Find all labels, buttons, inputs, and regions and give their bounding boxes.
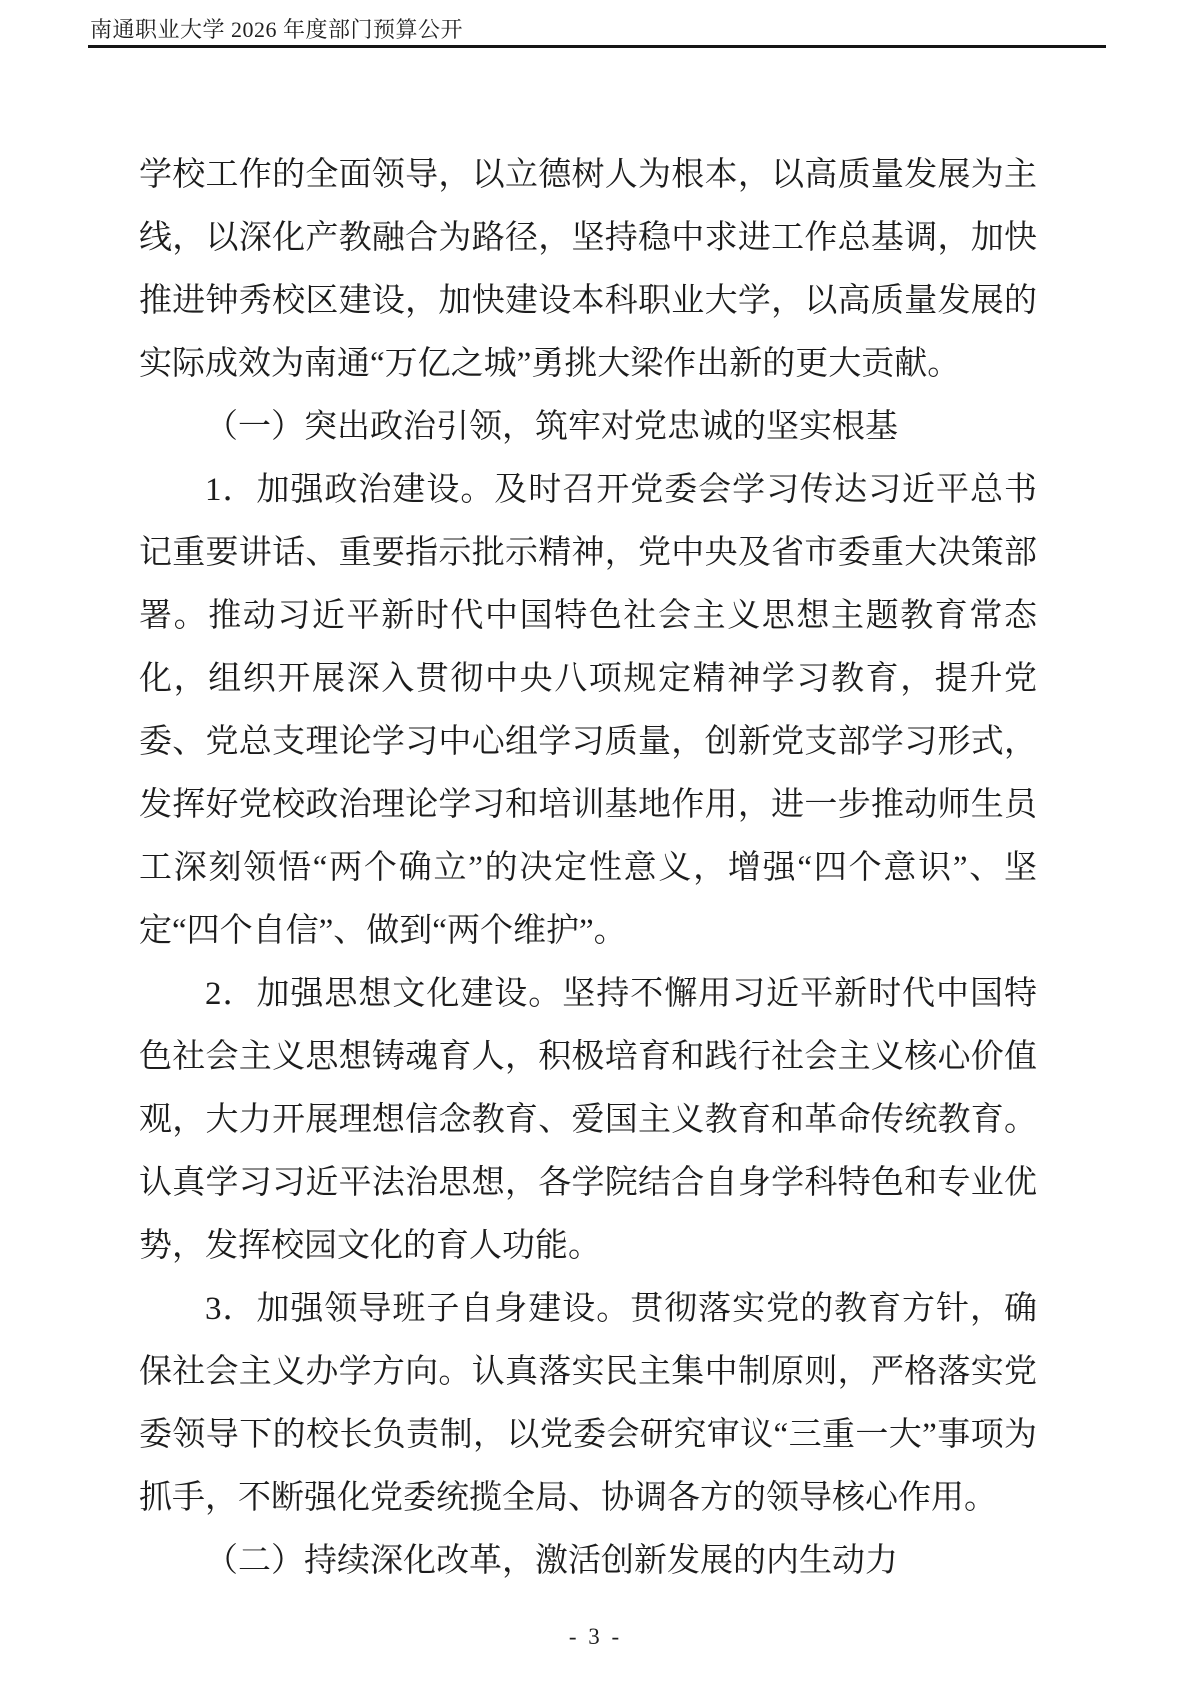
page-footer: - 3 - [0, 1624, 1191, 1650]
paragraph-section-heading-one: （一）突出政治引领，筑牢对党忠诚的坚实根基 [139, 396, 1037, 459]
paragraph-item-1: 1．加强政治建设。及时召开党委会学习传达习近平总书记重要讲话、重要指示批示精神，… [139, 459, 1037, 963]
paragraph-section-heading-two: （二）持续深化改革，激活创新发展的内生动力 [139, 1530, 1037, 1593]
paragraph-continuation: 学校工作的全面领导，以立德树人为根本，以高质量发展为主线，以深化产教融合为路径，… [139, 144, 1037, 396]
document-page: 南通职业大学 2026 年度部门预算公开 学校工作的全面领导，以立德树人为根本，… [0, 0, 1191, 1684]
document-body: 学校工作的全面领导，以立德树人为根本，以高质量发展为主线，以深化产教融合为路径，… [139, 144, 1037, 1593]
paragraph-item-2: 2．加强思想文化建设。坚持不懈用习近平新时代中国特色社会主义思想铸魂育人，积极培… [139, 963, 1037, 1278]
header-title: 南通职业大学 2026 年度部门预算公开 [90, 13, 463, 44]
page-number: - 3 - [569, 1624, 622, 1649]
header-divider [88, 45, 1106, 48]
paragraph-item-3: 3．加强领导班子自身建设。贯彻落实党的教育方针，确保社会主义办学方向。认真落实民… [139, 1278, 1037, 1530]
